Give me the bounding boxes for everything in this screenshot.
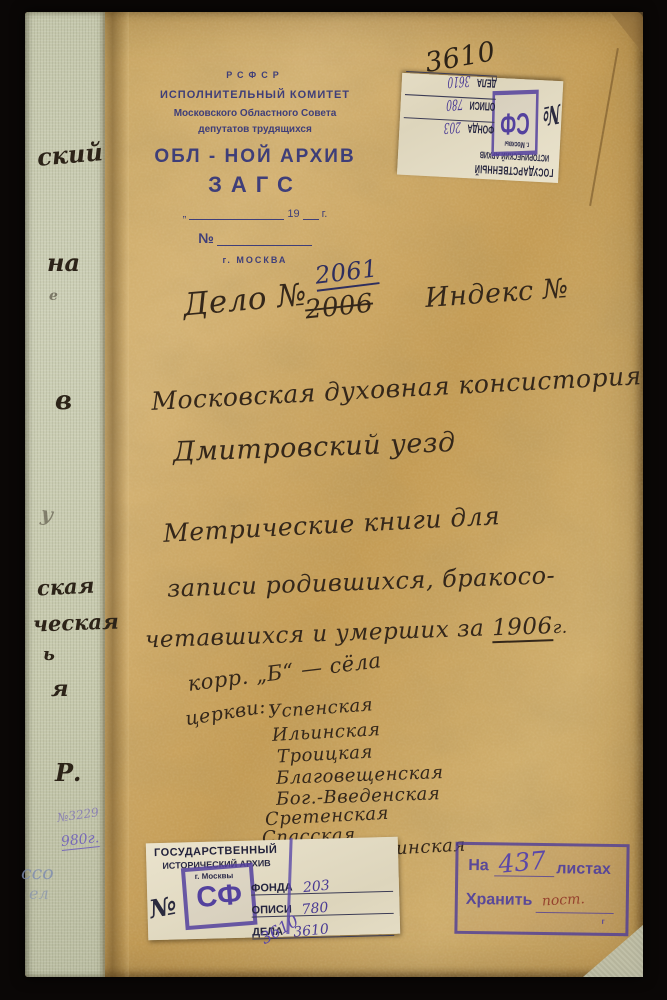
number-blank-line — [217, 235, 312, 246]
archive-org-line1: ГОСУДАРСТВЕННЫЙ — [154, 844, 278, 859]
year-g: г. — [552, 618, 568, 639]
cover-crack — [589, 48, 619, 206]
na-label: На — [468, 857, 489, 875]
archive-org-line1: ГОСУДАРСТВЕННЫЙ — [474, 162, 553, 179]
opis-row: ОПИСИ 780 — [251, 893, 394, 918]
store-value: пост. — [541, 891, 585, 909]
sheet-count-value: 437 — [497, 846, 547, 879]
case-number-old: 2006 — [304, 289, 375, 326]
label-number-sign: № — [542, 98, 561, 132]
date-blank-line — [189, 209, 284, 220]
church-item: Троицкая — [277, 742, 374, 768]
sf-stamp-text: СФ — [500, 105, 530, 141]
spine-fragment: ческая — [33, 609, 120, 637]
year-blank-line — [303, 209, 319, 220]
stamp-workers-deputies: депутатов трудящихся — [125, 124, 385, 135]
fond-label: ФОНДА — [467, 121, 494, 135]
label-number-sign: № — [147, 891, 179, 924]
delo-value: 3610 — [447, 72, 470, 90]
sf-stamp-text: СФ — [195, 878, 243, 914]
spine-fragment: в — [55, 386, 72, 416]
book-cover: РСФСР ИСПОЛНИТЕЛЬНЫЙ КОМИТЕТ Московского… — [25, 12, 643, 977]
sf-stamp-box: СФ — [491, 90, 538, 157]
metric-books-line3-text: четавшихся и умерших за — [145, 616, 485, 654]
spine-fragment: е — [49, 288, 58, 304]
delo-row: ДЕЛА 3610 — [405, 71, 497, 98]
spine-fragment: на — [47, 248, 80, 277]
consistory-line: Московская духовная консистория — [151, 361, 643, 416]
torn-corner-top-right — [603, 12, 643, 58]
fond-row: ФОНДА 203 — [251, 871, 394, 896]
stamp-moscow-oblast-soviet: Московского Областного Совета — [125, 108, 385, 119]
opis-value: 780 — [446, 95, 463, 113]
year-suffix: г. — [322, 208, 328, 220]
metric-books-line3: четавшихся и умерших за 1906г. — [145, 613, 568, 654]
opis-value: 780 — [301, 900, 329, 918]
sf-stamp-box: СФ — [181, 863, 258, 930]
fond-label: ФОНДА — [251, 881, 293, 894]
store-label: Хранить — [466, 891, 533, 910]
stamp-zags: ЗАГС — [125, 172, 385, 198]
correspondence-line: корр. „Б“ — сёла — [186, 648, 382, 696]
number-sign: № — [198, 230, 214, 246]
spine-fragment: ская — [36, 573, 95, 601]
stamp-footnote: г — [601, 917, 604, 926]
listah-label: листах — [556, 860, 611, 879]
index-label: Индекс № — [424, 273, 570, 314]
open-quote: „ — [183, 208, 187, 220]
zags-printed-stamp: РСФСР ИСПОЛНИТЕЛЬНЫЙ КОМИТЕТ Московского… — [125, 70, 385, 265]
spine-fragment: я — [51, 676, 69, 702]
opis-row: ОПИСИ 780 — [404, 94, 496, 121]
archive-label-inverted: ГОСУДАРСТВЕННЫЙ ИСТОРИЧЕСКИЙ АРХИВ г. Мо… — [397, 73, 563, 183]
stamp-oblast-archive: ОБЛ - НОЙ АРХИВ — [125, 146, 385, 168]
metric-books-line2: записи родившихся, бракосо- — [167, 561, 556, 603]
spine-scribble: ел — [29, 884, 49, 903]
churches-label: церкви: — [184, 696, 268, 730]
spine-fragment: Р. — [55, 758, 81, 787]
uyezd-line: Дмитровский уезд — [173, 427, 457, 468]
fond-value: 203 — [444, 118, 461, 136]
stamp-date-line: „ 19 г. — [125, 208, 385, 220]
church-item: Успенская — [267, 694, 373, 722]
spine-fragment: ь — [43, 644, 55, 665]
spine-scribble: ссо — [21, 862, 54, 884]
delo-label: ДЕЛА — [477, 76, 497, 90]
year-prefix: 19 — [287, 208, 299, 220]
fond-row: ФОНДА 203 — [403, 117, 495, 144]
sheet-count-stamp: На 437 листах Хранить пост. г — [454, 842, 629, 936]
stamp-executive-committee: ИСПОЛНИТЕЛЬНЫЙ КОМИТЕТ — [125, 89, 385, 101]
record-year: 1906 — [492, 613, 553, 643]
stamp-number-line: № — [125, 230, 385, 246]
spine-fragment: ский — [36, 137, 104, 172]
case-number-new: 2061 — [313, 254, 379, 291]
metric-books-line1: Метрические книги для — [162, 501, 500, 548]
opis-label: ОПИСИ — [469, 98, 495, 112]
fond-value: 203 — [302, 878, 330, 896]
stamp-rsfsr: РСФСР — [125, 70, 385, 80]
case-number-label: Дело № — [182, 277, 309, 324]
